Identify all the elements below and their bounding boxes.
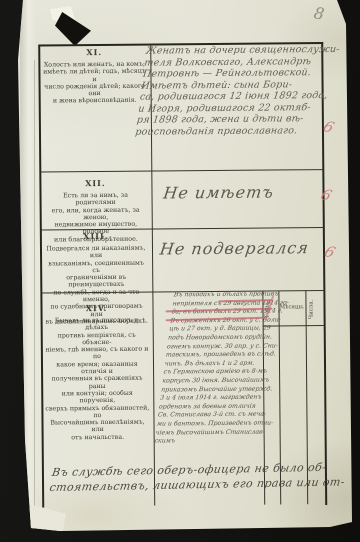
section-xii-number: XII.	[43, 178, 147, 189]
section-xi-answer: Женатъ на дочери священнослужи-теля Волк…	[135, 44, 342, 138]
section-xi-number: XI.	[42, 47, 146, 58]
red-margin-mark: 6	[318, 186, 335, 205]
column-header-days: Числа.	[308, 296, 320, 322]
section-xi-question: XI. Холостъ или женатъ, на комъ;имѣетъ л…	[42, 47, 147, 106]
section-xi-question-text: Холостъ или женатъ, на комъ;имѣетъ ли дѣ…	[42, 61, 146, 106]
form-table: XI. Холостъ или женатъ, на комъ;имѣетъ л…	[0, 0, 360, 542]
section-xii-answer: Не имѣетъ	[162, 182, 275, 202]
row-divider-xi-xii	[40, 169, 323, 172]
section-xiv-question: XIV. Бывалъ ли въ походахъ и дѣлахъпроти…	[44, 303, 149, 442]
column-header-months: Мѣсяцы.	[279, 304, 304, 310]
footer-note: Въ службѣ сего оберъ-офицера не было об-…	[48, 460, 353, 495]
photo-background: 8 XI. Холостъ или женатъ, на комъ;имѣетъ…	[0, 0, 360, 542]
section-xiii-answer: Не подвергался	[159, 238, 310, 258]
section-xiv-number: XIV.	[44, 303, 148, 314]
section-xiii-number: XIII.	[44, 231, 148, 242]
section-xiv-question-text: Бывалъ ли въ походахъ и дѣлахъпротивъ не…	[45, 317, 150, 442]
